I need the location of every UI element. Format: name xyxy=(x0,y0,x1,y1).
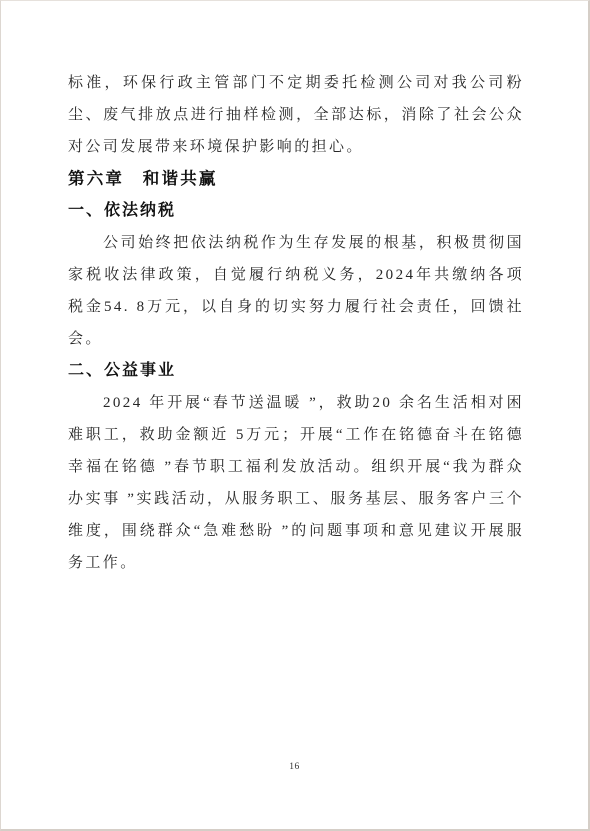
text-block: 标准，环保行政主管部门不定期委托检测公司对我公司粉尘、废气排放点进行抽样检测，全… xyxy=(68,67,524,579)
document-page: 标准，环保行政主管部门不定期委托检测公司对我公司粉尘、废气排放点进行抽样检测，全… xyxy=(0,0,590,831)
paragraph-charity: 2024 年开展“春节送温暖 ”，救助20 余名生活相对困难职工，救助金额近 5… xyxy=(68,387,524,579)
paragraph-tax: 公司始终把依法纳税作为生存发展的根基，积极贯彻国家税收法律政策，自觉履行纳税义务… xyxy=(68,227,524,355)
chapter-heading: 第六章 和谐共赢 xyxy=(68,163,524,195)
section-heading-charity: 二、公益事业 xyxy=(68,355,524,387)
paragraph-environment-continuation: 标准，环保行政主管部门不定期委托检测公司对我公司粉尘、废气排放点进行抽样检测，全… xyxy=(68,67,524,163)
page-number: 16 xyxy=(1,761,588,773)
section-heading-tax: 一、依法纳税 xyxy=(68,195,524,227)
